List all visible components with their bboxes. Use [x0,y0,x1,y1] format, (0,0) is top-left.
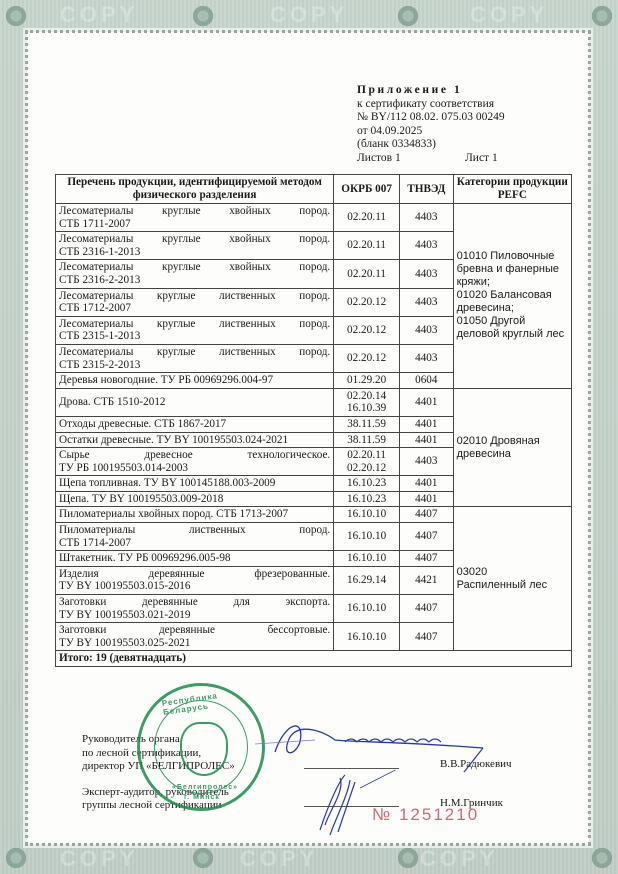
pefc-category: 03020Распиленный лес [453,507,571,651]
product-standard: СТБ 2315-1-2013 [59,330,330,343]
okrb-code: 16.10.23 [334,476,400,492]
official-seal-icon: Республика Беларусь «Белгипролес» г. Мин… [137,683,265,811]
pefc-category: 01010 Пиловочные бревна и фанерные кряжи… [453,204,571,389]
product-standard: СТБ 2315-2-2013 [59,359,330,372]
product-name: Пиломатериалы лиственных пород.СТБ 1714-… [56,523,334,551]
okrb-code-value: 02.20.11 [337,211,396,224]
product-name-line: Лесоматериалы круглые лиственных пород. [59,346,330,359]
corner-ornament-icon [190,845,216,871]
okrb-code: 01.29.20 [334,373,400,389]
seal-outer-text: Республика Беларусь [161,685,263,717]
product-name-line: Сырье древесное технологическое. [59,449,330,462]
okrb-code-value: 02.20.12 [337,324,396,337]
product-name: Дрова. СТБ 1510-2012 [56,388,334,416]
tnved-code: 4403 [399,448,453,476]
table-row: Лесоматериалы круглые хвойных пород.СТБ … [56,204,572,232]
form-serial-number: № 1251210 [372,805,479,825]
total-count: Итого: 19 (девятнадцать) [56,651,572,667]
corner-ornament-icon [3,845,29,871]
okrb-code-value: 02.20.12 [337,462,396,475]
okrb-code-value: 01.29.20 [337,374,396,387]
tnved-code: 4401 [399,432,453,448]
product-name-line: Заготовки деревянные бессортовые. [59,624,330,637]
appendix-header: Приложение 1 к сертификату соответствия … [357,84,505,166]
product-name-line: Дрова. СТБ 1510-2012 [59,396,166,408]
corner-ornament-icon [3,3,29,29]
tnved-code: 4401 [399,476,453,492]
product-name: Отходы древесные. СТБ 1867-2017 [56,416,334,432]
product-name-line: Лесоматериалы круглые хвойных пород. [59,233,330,246]
blank-number: (бланк 0334833) [357,138,505,152]
product-name-line: Изделия деревянные фрезерованные. [59,568,330,581]
tnved-code: 4407 [399,507,453,523]
product-standard: ТУ BY 100195503.015-2016 [59,580,330,593]
certificate-date: от 04.09.2025 [357,125,505,139]
seal-city-text: г. Минск [184,794,220,801]
product-name: Заготовки деревянные для экспорта.ТУ BY … [56,595,334,623]
okrb-code-value: 02.20.12 [337,352,396,365]
tnved-code: 4403 [399,204,453,232]
product-name-line: Щепа топливная. ТУ BY 100145188.003-2009 [59,477,275,489]
product-standard: ТУ РБ 100195503.014-2003 [59,462,330,475]
product-table: Перечень продукции, идентифицируемой мет… [55,174,572,667]
header-product-list: Перечень продукции, идентифицируемой мет… [56,175,334,204]
okrb-code-value: 16.10.10 [337,552,396,565]
okrb-code: 02.20.11 [334,260,400,288]
product-name-line: Штакетник. ТУ РБ 00969296.005-98 [59,552,231,564]
product-name-line: Щепа. ТУ BY 100195503.009-2018 [59,493,223,505]
product-name: Лесоматериалы круглые лиственных пород.С… [56,344,334,372]
okrb-code: 38.11.59 [334,432,400,448]
product-name-line: Пиломатериалы лиственных пород. [59,524,330,537]
tnved-code: 4401 [399,491,453,507]
product-name: Лесоматериалы круглые лиственных пород.С… [56,316,334,344]
table-header-row: Перечень продукции, идентифицируемой мет… [56,175,572,204]
table-row: Пиломатериалы хвойных пород. СТБ 1713-20… [56,507,572,523]
tnved-code: 4403 [399,316,453,344]
copy-watermark: COPY [60,2,138,28]
okrb-code-value: 16.10.10 [337,631,396,644]
product-name: Пиломатериалы хвойных пород. СТБ 1713-20… [56,507,334,523]
sheets-total: Листов 1 [357,152,465,166]
certificate-number: № BY/112 08.02. 075.03 00249 [357,111,505,125]
sheet-info: Листов 1 Лист 1 [357,152,505,166]
okrb-code: 02.20.12 [334,316,400,344]
product-standard: СТБ 2316-2-2013 [59,274,330,287]
okrb-code: 16.10.10 [334,595,400,623]
okrb-code-value: 38.11.59 [337,418,396,431]
okrb-code-value: 16.10.23 [337,493,396,506]
okrb-code-value: 16.10.10 [337,602,396,615]
okrb-code: 16.10.10 [334,551,400,567]
product-standard: СТБ 2316-1-2013 [59,246,330,259]
header-pefc-category: Категории продукции PEFC [453,175,571,204]
table-total-row: Итого: 19 (девятнадцать) [56,651,572,667]
table-row: Дрова. СТБ 1510-201202.20.1416.10.394401… [56,388,572,416]
tnved-code: 4403 [399,344,453,372]
product-name: Щепа топливная. ТУ BY 100145188.003-2009 [56,476,334,492]
product-name: Лесоматериалы круглые хвойных пород.СТБ … [56,260,334,288]
okrb-code-value: 02.20.14 [337,390,396,403]
corner-ornament-icon [190,3,216,29]
product-name: Заготовки деревянные бессортовые.ТУ BY 1… [56,623,334,651]
okrb-code: 16.10.10 [334,507,400,523]
okrb-code: 02.20.12 [334,344,400,372]
product-standard: СТБ 1712-2007 [59,302,330,315]
tnved-code: 4421 [399,566,453,594]
okrb-code-value: 16.10.23 [337,477,396,490]
product-name-line: Лесоматериалы круглые лиственных пород. [59,290,330,303]
okrb-code-value: 16.10.10 [337,508,396,521]
okrb-code-value: 02.20.11 [337,239,396,252]
product-name-line: Отходы древесные. СТБ 1867-2017 [59,418,226,430]
tnved-code: 4407 [399,623,453,651]
product-name: Лесоматериалы круглые лиственных пород.С… [56,288,334,316]
appendix-subtitle: к сертификату соответствия [357,98,505,112]
header-tnved: ТНВЭД [399,175,453,204]
copy-watermark: COPY [420,846,498,872]
corner-ornament-icon [395,845,421,871]
okrb-code: 02.20.12 [334,288,400,316]
product-name-line: Остатки древесные. ТУ BY 100195503.024-2… [59,434,288,446]
copy-watermark: COPY [270,2,348,28]
product-name: Лесоматериалы круглые хвойных пород.СТБ … [56,204,334,232]
seal-org-text: «Белгипролес» [172,784,238,791]
product-name-line: Лесоматериалы круглые лиственных пород. [59,318,330,331]
product-name: Остатки древесные. ТУ BY 100195503.024-2… [56,432,334,448]
copy-watermark: COPY [470,2,548,28]
okrb-code: 02.20.11 [334,232,400,260]
head-name: В.В.Радюкевич [440,758,512,770]
header-okrb: ОКРБ 007 [334,175,400,204]
tnved-code: 4407 [399,551,453,567]
okrb-code: 16.10.10 [334,523,400,551]
product-name-line: Лесоматериалы круглые хвойных пород. [59,261,330,274]
okrb-code: 02.20.1416.10.39 [334,388,400,416]
product-name: Сырье древесное технологическое.ТУ РБ 10… [56,448,334,476]
product-name: Щепа. ТУ BY 100195503.009-2018 [56,491,334,507]
okrb-code-value: 02.20.11 [337,268,396,281]
sheet-current: Лист 1 [465,152,498,166]
tnved-code: 4403 [399,288,453,316]
okrb-code: 16.10.10 [334,623,400,651]
tnved-code: 4403 [399,232,453,260]
tnved-code: 4401 [399,416,453,432]
okrb-code: 16.29.14 [334,566,400,594]
okrb-code-value: 38.11.59 [337,434,396,447]
product-standard: СТБ 1714-2007 [59,537,330,550]
okrb-code-value: 02.20.12 [337,296,396,309]
product-name-line: Деревья новогодние. ТУ РБ 00969296.004-9… [59,374,273,386]
tnved-code: 4407 [399,523,453,551]
copy-watermark: COPY [240,846,318,872]
pefc-category: 02010 Дровяная древесина [453,388,571,507]
tnved-code: 4407 [399,595,453,623]
okrb-code: 02.20.11 [334,204,400,232]
product-name: Деревья новогодние. ТУ РБ 00969296.004-9… [56,373,334,389]
okrb-code-value: 16.29.14 [337,574,396,587]
product-standard: ТУ BY 100195503.021-2019 [59,609,330,622]
corner-ornament-icon [589,3,615,29]
product-name: Штакетник. ТУ РБ 00969296.005-98 [56,551,334,567]
product-name-line: Лесоматериалы круглые хвойных пород. [59,205,330,218]
tnved-code: 0604 [399,373,453,389]
product-name: Изделия деревянные фрезерованные.ТУ BY 1… [56,566,334,594]
okrb-code-value: 16.10.10 [337,530,396,543]
signature-line [304,768,399,769]
product-standard: ТУ BY 100195503.025-2021 [59,637,330,650]
product-standard: СТБ 1711-2007 [59,218,330,231]
okrb-code: 38.11.59 [334,416,400,432]
okrb-code-value: 02.20.11 [337,449,396,462]
tnved-code: 4401 [399,388,453,416]
product-name: Лесоматериалы круглые хвойных пород.СТБ … [56,232,334,260]
okrb-code-value: 16.10.39 [337,402,396,415]
product-name-line: Пиломатериалы хвойных пород. СТБ 1713-20… [59,508,288,520]
copy-watermark: COPY [60,846,138,872]
tnved-code: 4403 [399,260,453,288]
okrb-code: 02.20.1102.20.12 [334,448,400,476]
corner-ornament-icon [589,845,615,871]
appendix-title: Приложение 1 [357,84,505,98]
corner-ornament-icon [395,3,421,29]
product-name-line: Заготовки деревянные для экспорта. [59,596,330,609]
okrb-code: 16.10.23 [334,491,400,507]
